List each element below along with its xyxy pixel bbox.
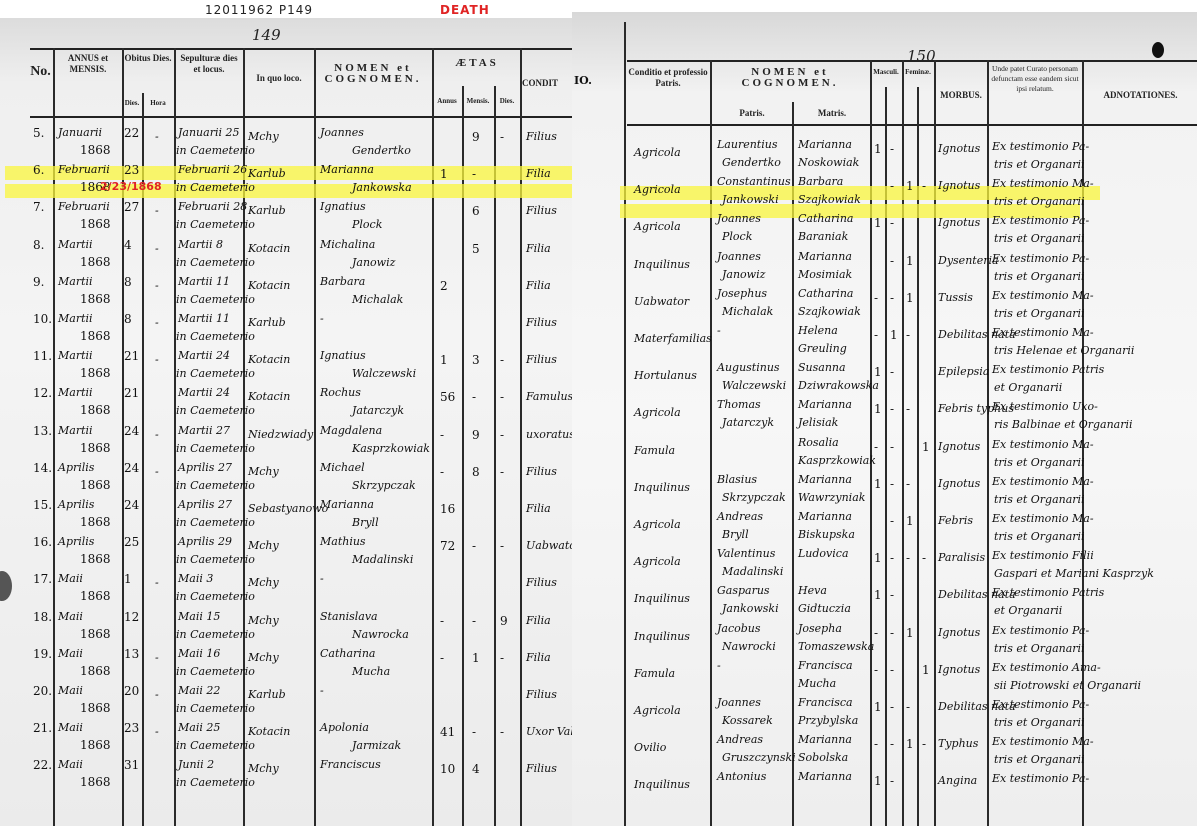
female-legitimate: 1: [906, 291, 914, 305]
mother-given-name: Marianna: [798, 250, 852, 263]
father-surname: Plock: [722, 230, 752, 243]
entry-number: 17.: [33, 572, 52, 586]
age-days: -: [500, 353, 504, 367]
father-surname: Kossarek: [722, 714, 773, 727]
attestation: Ex testimonio Ma-: [992, 475, 1094, 488]
sepultura-location: in Caemeterio: [176, 330, 255, 343]
mother-surname: Mosimiak: [798, 268, 852, 281]
left-register-page: 149 No. ANNUS et MENSIS. Obitus Dies. Di…: [0, 18, 572, 826]
sepultura-date: Maii 16: [178, 647, 220, 660]
father-given-name: Josephus: [717, 287, 767, 300]
age-months: 9: [472, 428, 480, 442]
sepultura-date: Aprilis 27: [178, 461, 232, 474]
column-divider: [870, 60, 872, 826]
condition: Filius: [526, 204, 557, 217]
father-surname: Bryll: [722, 528, 749, 541]
obitus-day: 21: [124, 349, 139, 363]
entry-number: 6.: [33, 163, 44, 177]
column-divider: [710, 60, 712, 826]
condition: Filius: [526, 316, 557, 329]
obitus-day: 24: [124, 498, 139, 512]
given-name: -: [320, 572, 324, 585]
father-given-name: Joannes: [717, 250, 761, 263]
age-years: -: [440, 428, 444, 442]
male-legitimate: 1: [874, 700, 882, 714]
male-legitimate: 1: [874, 774, 882, 788]
sepultura-date: Aprilis 29: [178, 535, 232, 548]
attestation-continued: sii Piotrowski et Organarii: [994, 679, 1141, 692]
attestation-continued: tris et Organarii: [994, 270, 1085, 283]
surname: Plock: [352, 218, 382, 231]
sepultura-location: in Caemeterio: [176, 367, 255, 380]
attestation: Ex testimonio Uxo-: [992, 400, 1098, 413]
cause-of-death: Ignotus: [938, 216, 980, 229]
entry-number: 7.: [33, 200, 44, 214]
attestation-continued: tris et Organarii: [994, 456, 1085, 469]
father-surname: Michalak: [722, 305, 773, 318]
sepultura-location: in Caemeterio: [176, 144, 255, 157]
male-illegitimate: -: [890, 663, 894, 677]
age-days: -: [500, 725, 504, 739]
mother-given-name: Francisca: [798, 696, 853, 709]
entry-year: 1868: [80, 515, 111, 529]
father-given-name: Gasparus: [717, 584, 770, 597]
mother-surname: Greuling: [798, 342, 847, 355]
obitus-day: 23: [124, 163, 139, 177]
male-illegitimate: -: [890, 254, 894, 268]
male-illegitimate: 1: [890, 328, 898, 342]
mother-surname: Mucha: [798, 677, 836, 690]
female-legitimate: 1: [906, 737, 914, 751]
page-number: 149: [252, 26, 281, 44]
age-years: 2: [440, 279, 448, 293]
obitus-hora: -: [155, 279, 159, 292]
date-note: 2/23/1868: [100, 180, 162, 193]
obitus-day: 23: [124, 721, 139, 735]
place-of-death: Mchy: [248, 762, 279, 775]
female-legitimate: 1: [906, 514, 914, 528]
obitus-day: 31: [124, 758, 139, 772]
film-reference-annotation: 12011962 P149: [205, 3, 313, 17]
attestation: Ex testimonio Ma-: [992, 326, 1094, 339]
cause-of-death: Typhus: [938, 737, 978, 750]
place-of-death: Kotacin: [248, 353, 290, 366]
header-bottom-rule: [627, 124, 1197, 126]
header-condit: CONDIT: [522, 78, 572, 89]
header-nomen: NOMEN et COGNOMEN.: [316, 63, 430, 85]
father-condition: Inquilinus: [634, 592, 690, 605]
father-surname: Madalinski: [722, 565, 783, 578]
age-years: 10: [440, 762, 455, 776]
age-days: -: [500, 539, 504, 553]
age-years: 41: [440, 725, 455, 739]
condition: Filius: [526, 688, 557, 701]
condition: Filia: [526, 651, 551, 664]
age-months: -: [472, 614, 476, 628]
attestation-continued: tris et Organarii: [994, 716, 1085, 729]
mother-surname: Przybylska: [798, 714, 858, 727]
attestation: Ex testimonio Ma-: [992, 177, 1094, 190]
mother-given-name: Marianna: [798, 510, 852, 523]
female-legitimate: 1: [906, 626, 914, 640]
entry-number: 22.: [33, 758, 52, 772]
sepultura-location: in Caemeterio: [176, 293, 255, 306]
given-name: Michalina: [320, 238, 375, 251]
page-number: 150: [907, 47, 936, 65]
father-condition: Agricola: [634, 555, 681, 568]
male-legitimate: -: [874, 291, 878, 305]
entry-year: 1868: [80, 366, 111, 380]
female-legitimate: -: [906, 551, 910, 565]
attestation-continued: tris et Organarii: [994, 642, 1085, 655]
obitus-day: 24: [124, 461, 139, 475]
age-months: 1: [472, 651, 480, 665]
age-months: 9: [472, 130, 480, 144]
header-top-rule: [30, 48, 572, 50]
entry-year: 1868: [80, 255, 111, 269]
mother-surname: Jelisiak: [798, 416, 838, 429]
given-name: Catharina: [320, 647, 375, 660]
age-months: 3: [472, 353, 480, 367]
entry-number: 14.: [33, 461, 52, 475]
sepultura-date: Martii 24: [178, 386, 230, 399]
female-legitimate: 1: [906, 254, 914, 268]
attestation: Ex testimonio Pa-: [992, 140, 1089, 153]
father-given-name: Blasius: [717, 473, 757, 486]
entry-year: 1868: [80, 403, 111, 417]
given-name: Apolonia: [320, 721, 369, 734]
male-illegitimate: -: [890, 216, 894, 230]
entry-number: 21.: [33, 721, 52, 735]
place-of-death: Kotacin: [248, 279, 290, 292]
cause-of-death: Ignotus: [938, 179, 980, 192]
sepultura-location: in Caemeterio: [176, 516, 255, 529]
age-months: -: [472, 390, 476, 404]
attestation-continued: tris et Organarii: [994, 307, 1085, 320]
entry-month: Maii: [58, 610, 83, 623]
sepultura-date: Februarii 28: [178, 200, 247, 213]
obitus-hora: -: [155, 242, 159, 255]
attestation: Ex testimonio Pa-: [992, 772, 1089, 785]
father-given-name: Joannes: [717, 212, 761, 225]
mother-surname: Wawrzyniak: [798, 491, 865, 504]
age-years: 1: [440, 353, 448, 367]
surname: Janowiz: [352, 256, 395, 269]
surname: Michalak: [352, 293, 403, 306]
condition: Filia: [526, 242, 551, 255]
entry-month: Martii: [58, 386, 93, 399]
place-of-death: Karlub: [248, 688, 286, 701]
entry-month: Maii: [58, 572, 83, 585]
entry-number: 9.: [33, 275, 44, 289]
attestation: Ex testimonio Pa-: [992, 624, 1089, 637]
attestation-continued: tris et Organarii: [994, 158, 1085, 171]
male-illegitimate: -: [890, 700, 894, 714]
sepultura-date: Maii 3: [178, 572, 213, 585]
obitus-day: 27: [124, 200, 139, 214]
place-of-death: Karlub: [248, 204, 286, 217]
entry-year: 1868: [80, 329, 111, 343]
entry-number: 12.: [33, 386, 52, 400]
age-months: 8: [472, 465, 480, 479]
given-name: -: [320, 312, 324, 325]
obitus-day: 21: [124, 386, 139, 400]
female-legitimate: -: [906, 700, 910, 714]
mother-surname: Sobolska: [798, 751, 848, 764]
entry-month: Maii: [58, 721, 83, 734]
sepultura-date: Januarii 25: [178, 126, 239, 139]
male-legitimate: -: [874, 626, 878, 640]
father-given-name: Augustinus: [717, 361, 780, 374]
age-months: 5: [472, 242, 480, 256]
attestation-continued: et Organarii: [994, 381, 1062, 394]
mother-surname: Biskupska: [798, 528, 855, 541]
entry-month: Maii: [58, 684, 83, 697]
attestation-continued: tris et Organarii: [994, 753, 1085, 766]
header-in-quo-loco: In quo loco.: [245, 73, 313, 84]
cause-of-death: Angina: [938, 774, 977, 787]
column-divider: [314, 48, 316, 826]
male-illegitimate: -: [890, 179, 894, 193]
attestation-continued: tris et Organarii: [994, 530, 1085, 543]
entry-month: Maii: [58, 647, 83, 660]
cause-of-death: Epilepsia: [938, 365, 989, 378]
obitus-hora: -: [155, 428, 159, 441]
given-name: Joannes: [320, 126, 364, 139]
entry-year: 1868: [80, 664, 111, 678]
male-illegitimate: -: [890, 291, 894, 305]
entry-year: 1868: [80, 701, 111, 715]
header-morbus: MORBUS.: [936, 90, 986, 101]
entry-number: 15.: [33, 498, 52, 512]
attestation-continued: ris Balbinae et Organarii: [994, 418, 1133, 431]
father-surname: Nawrocki: [722, 640, 776, 653]
condition: Filius: [526, 353, 557, 366]
attestation-continued: tris et Organarii: [994, 195, 1085, 208]
column-divider: [432, 48, 434, 826]
condition: uxoratus Filia: [526, 428, 572, 441]
age-days: -: [500, 651, 504, 665]
column-divider: [53, 48, 55, 826]
sepultura-location: in Caemeterio: [176, 442, 255, 455]
surname: Kasprzkowiak: [352, 442, 430, 455]
mother-surname: Kasprzkowiak: [798, 454, 876, 467]
place-of-death: Kotacin: [248, 242, 290, 255]
mother-surname: Gidtuczia: [798, 602, 851, 615]
father-surname: Gendertko: [722, 156, 781, 169]
column-divider: [142, 93, 144, 826]
place-of-death: Sebastyanowo: [248, 502, 328, 515]
header-aetas-annus: Annus: [432, 96, 462, 107]
given-name: Ignatius: [320, 349, 366, 362]
mother-surname: Baraniak: [798, 230, 848, 243]
entry-month: Martii: [58, 349, 93, 362]
female-legitimate: -: [906, 328, 910, 342]
condition: Uxor Valentini Jarmizak Uabboy: [526, 725, 572, 738]
given-name: Ignatius: [320, 200, 366, 213]
male-illegitimate: -: [890, 142, 894, 156]
male-legitimate: 1: [874, 142, 882, 156]
sepultura-date: Maii 22: [178, 684, 220, 697]
attestation-continued: tris Helenae et Organarii: [994, 344, 1134, 357]
surname: Jatarczyk: [352, 404, 404, 417]
father-given-name: Jacobus: [717, 622, 761, 635]
father-given-name: -: [717, 659, 721, 672]
header-patris: Patris.: [712, 108, 792, 119]
header-feminae: Feminæ.: [902, 67, 934, 78]
attestation-continued: et Organarii: [994, 604, 1062, 617]
given-name: Barbara: [320, 275, 365, 288]
entry-year: 1868: [80, 478, 111, 492]
entry-year: 1868: [80, 552, 111, 566]
mother-given-name: Marianna: [798, 398, 852, 411]
entry-number: 10.: [33, 312, 52, 326]
father-given-name: Laurentius: [717, 138, 777, 151]
given-name: Mathius: [320, 535, 366, 548]
surname: Jankowska: [352, 181, 412, 194]
obitus-day: 12: [124, 610, 139, 624]
female-illegitimate: -: [922, 551, 926, 565]
entry-month: Januarii: [58, 126, 102, 139]
mother-surname: Tomaszewska: [798, 640, 874, 653]
father-condition: Agricola: [634, 146, 681, 159]
mother-given-name: Rosalia: [798, 436, 839, 449]
surname: Nawrocka: [352, 628, 409, 641]
father-condition: Agricola: [634, 183, 681, 196]
cause-of-death: Ignotus: [938, 626, 980, 639]
given-name: -: [320, 684, 324, 697]
age-months: -: [472, 167, 476, 181]
condition: Filius: [526, 465, 557, 478]
age-years: -: [440, 614, 444, 628]
sepultura-location: in Caemeterio: [176, 218, 255, 231]
father-condition: Uabwator: [634, 295, 689, 308]
male-legitimate: -: [874, 440, 878, 454]
male-illegitimate: -: [890, 626, 894, 640]
condition: Uabwator uxoratus: [526, 539, 572, 552]
age-months: -: [472, 539, 476, 553]
sepultura-location: in Caemeterio: [176, 590, 255, 603]
given-name: Marianna: [320, 498, 374, 511]
surname: Mucha: [352, 665, 390, 678]
mother-given-name: Susanna: [798, 361, 846, 374]
attestation-continued: tris et Organarii: [994, 493, 1085, 506]
attestation-continued: tris et Organarii: [994, 232, 1085, 245]
attestation: Ex testimonio Ma-: [992, 438, 1094, 451]
attestation: Ex testimonio Patris: [992, 586, 1104, 599]
sepultura-date: Martii 11: [178, 312, 230, 325]
obitus-day: 1: [124, 572, 132, 586]
place-of-death: Niedzwiady: [248, 428, 313, 441]
father-surname: Jankowski: [722, 193, 779, 206]
entry-year: 1868: [80, 292, 111, 306]
female-illegitimate: 1: [922, 440, 930, 454]
male-illegitimate: -: [890, 737, 894, 751]
female-legitimate: 1: [906, 179, 914, 193]
entry-year: 1868: [80, 589, 111, 603]
right-register-page: 150 IO. Conditio et professio Patris. NO…: [572, 12, 1197, 826]
entry-number: 13.: [33, 424, 52, 438]
header-aetas-dies: Dies.: [494, 96, 520, 107]
attestation-continued: Gaspari et Mariani Kasprzyk: [994, 567, 1154, 580]
mother-given-name: Heva: [798, 584, 827, 597]
age-years: 16: [440, 502, 455, 516]
entry-year: 1868: [80, 217, 111, 231]
obitus-day: 13: [124, 647, 139, 661]
entry-number: 18.: [33, 610, 52, 624]
column-divider: [520, 48, 522, 826]
father-condition: Inquilinus: [634, 258, 690, 271]
mother-surname: Noskowiak: [798, 156, 859, 169]
father-given-name: Valentinus: [717, 547, 775, 560]
header-obitus-hora: Hora: [143, 98, 173, 109]
mother-surname: Szajkowiak: [798, 193, 861, 206]
father-condition: Hortulanus: [634, 369, 697, 382]
obitus-hora: -: [155, 651, 159, 664]
sepultura-location: in Caemeterio: [176, 553, 255, 566]
entry-number: 8.: [33, 238, 44, 252]
given-name: Rochus: [320, 386, 361, 399]
male-illegitimate: -: [890, 514, 894, 528]
father-given-name: -: [717, 324, 721, 337]
given-name: Michael: [320, 461, 365, 474]
attestation: Ex testimonio Ma-: [992, 735, 1094, 748]
condition: Filius: [526, 762, 557, 775]
entry-number: 5.: [33, 126, 44, 140]
entry-month: Aprilis: [58, 461, 94, 474]
mother-given-name: Marianna: [798, 138, 852, 151]
sepultura-date: Martii 8: [178, 238, 223, 251]
condition: Filia: [526, 167, 551, 180]
obitus-hora: -: [155, 130, 159, 143]
attestation: Ex testimonio Pa-: [992, 214, 1089, 227]
male-legitimate: -: [874, 663, 878, 677]
obitus-hora: -: [155, 465, 159, 478]
age-days: -: [500, 130, 504, 144]
male-illegitimate: -: [890, 440, 894, 454]
surname: Skrzypczak: [352, 479, 416, 492]
condition: Filia: [526, 279, 551, 292]
father-surname: Gruszczynski: [722, 751, 796, 764]
sepultura-location: in Caemeterio: [176, 702, 255, 715]
entry-month: Martii: [58, 424, 93, 437]
female-illegitimate: -: [922, 737, 926, 751]
entry-month: Aprilis: [58, 498, 94, 511]
header-matris: Matris.: [794, 108, 870, 119]
mother-given-name: Josepha: [798, 622, 842, 635]
obitus-day: 8: [124, 275, 132, 289]
entry-number: 19.: [33, 647, 52, 661]
age-years: 72: [440, 539, 455, 553]
male-legitimate: 1: [874, 477, 882, 491]
male-illegitimate: -: [890, 477, 894, 491]
male-legitimate: -: [874, 737, 878, 751]
binder-hole: [0, 571, 12, 601]
cause-of-death: Dysenteria: [938, 254, 999, 267]
sepultura-location: in Caemeterio: [176, 181, 255, 194]
condition: Filius: [526, 576, 557, 589]
entry-year: 1868: [80, 441, 111, 455]
header-nomen: NOMEN et COGNOMEN.: [712, 67, 868, 89]
entry-month: Februarii: [58, 200, 110, 213]
age-years: -: [440, 465, 444, 479]
cause-of-death: Febris: [938, 514, 973, 527]
mother-given-name: Francisca: [798, 659, 853, 672]
condition: Filius: [526, 130, 557, 143]
attestation: Ex testimonio Filii: [992, 549, 1094, 562]
obitus-hora: -: [155, 204, 159, 217]
obitus-hora: -: [155, 725, 159, 738]
